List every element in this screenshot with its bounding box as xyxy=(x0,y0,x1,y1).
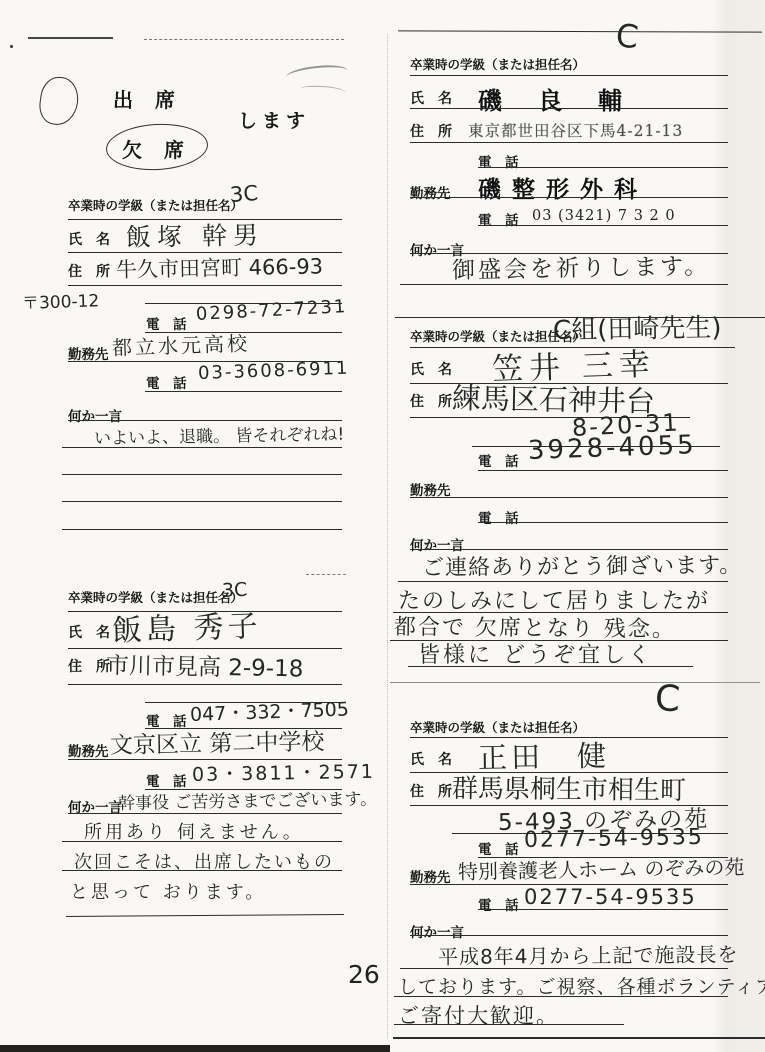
pen-smudge-icon xyxy=(300,84,347,97)
form3-address-label: 住 所 xyxy=(410,121,452,141)
form4-name-label: 氏 名 xyxy=(410,359,452,379)
form1-phone2-value: 03-3608-6911 xyxy=(198,358,350,384)
form5-comment-line: しております。ご視察、各種ボランティア xyxy=(398,972,765,999)
form5-bottom-border xyxy=(393,1037,765,1039)
form4-phone2-label: 電 話 xyxy=(478,507,519,527)
ink-dot xyxy=(10,45,13,48)
form3-phone2-value: 03 (3421) 7 3 2 0 xyxy=(532,208,676,224)
form4-address-label: 住 所 xyxy=(410,391,452,411)
form3-class-value: C xyxy=(614,16,640,56)
form2-workplace-label: 勤務先 xyxy=(68,740,109,760)
form4-phone1-label: 電 話 xyxy=(478,450,519,470)
form4-comment-line: ご連絡ありがとう御ざいます。 xyxy=(422,548,743,582)
form2-address-value: 市川市見高 2-9-18 xyxy=(106,647,304,683)
form4-comment-line: 皆様に どうぞ宜しく xyxy=(418,638,653,669)
form2-phone1-value: 047・332・7505 xyxy=(190,694,350,727)
form1-name-label: 氏 名 xyxy=(68,229,110,249)
form3-workplace-value: 磯整形外科 xyxy=(478,171,648,204)
form4-workplace-label: 勤務先 xyxy=(410,479,451,499)
form1-workplace-label: 勤務先 xyxy=(68,343,109,363)
hand-drawn-oval xyxy=(37,75,81,128)
form1-phone1-value: 0298-72-7231 xyxy=(195,296,347,325)
form2-class-value: 3C xyxy=(221,579,247,602)
form2-workplace-value: 文京区立 第二中学校 xyxy=(110,723,325,760)
form1-class-label: 卒業時の学級（または担任名） xyxy=(68,196,243,214)
attend-label: 出席 xyxy=(113,84,197,113)
form2-name-label: 氏 名 xyxy=(68,622,110,642)
form1-class-value: 3C xyxy=(229,181,259,207)
form3-workplace-label: 勤務先 xyxy=(410,182,451,202)
form5-phone2-value: 0277-54-9535 xyxy=(524,885,697,909)
form2-phone2-value: 03・3811・2571 xyxy=(192,757,375,787)
form3-phone1-label: 電 話 xyxy=(478,151,519,171)
scanned-reply-form-page: 出席 します 欠席 卒業時の学級（または担任名） 3C 氏 名 飯塚 幹男 住 … xyxy=(0,0,765,1052)
form1-address-value: 牛久市田宮町 466-93 xyxy=(116,250,324,284)
form5-phone2-label: 電 話 xyxy=(478,894,519,914)
form3-name-value: 磯 良 輔 xyxy=(478,81,628,116)
scan-edge-strip xyxy=(0,1045,390,1052)
form5-class-value: C xyxy=(654,678,681,720)
form3-comment-line: 御盛会を祈りします。 xyxy=(452,247,711,285)
form5-name-label: 氏 名 xyxy=(410,749,452,769)
form1-comment-line: いよいよ、退職。 皆それぞれね! xyxy=(94,420,345,449)
form5-workplace-label: 勤務先 xyxy=(410,866,451,886)
form5-workplace-value: 特別養護老人ホーム のぞみの苑 xyxy=(458,851,745,885)
absent-selection-circle xyxy=(105,121,209,172)
pen-smudge-icon xyxy=(285,63,348,85)
form4-bottom-border xyxy=(390,682,760,683)
form2-comment-line: と思って おります。 xyxy=(70,878,266,904)
form5-class-label: 卒業時の学級（または担任名） xyxy=(410,718,585,736)
form4-phone1-value: 3928-4055 xyxy=(527,430,697,466)
torn-edge-mark xyxy=(28,37,113,39)
form1-postal-value: 〒300-12 xyxy=(22,286,100,314)
form5-address-label: 住 所 xyxy=(410,781,452,801)
form2-comment-line: 幹事役 ご苦労さまでございます。 xyxy=(118,784,377,814)
form5-comment-label: 何か一言 xyxy=(410,921,464,941)
form2-address-label: 住 所 xyxy=(68,656,110,676)
form1-phone2-label: 電 話 xyxy=(146,372,187,392)
form3-phone2-label: 電 話 xyxy=(478,209,519,229)
form1-address-label: 住 所 xyxy=(68,261,110,281)
form5-comment-line: ご寄付大歓迎。 xyxy=(398,1000,559,1030)
form5-comment-line: 平成8年4月から上記で施設長を xyxy=(438,938,739,970)
fold-line xyxy=(387,34,388,1039)
form3-name-label: 氏 名 xyxy=(410,88,452,108)
page-number: 26 xyxy=(348,960,380,989)
form3-address-value: 東京都世田谷区下馬4-21-13 xyxy=(468,119,683,141)
form2-name-value: 飯島 秀子 xyxy=(111,601,262,650)
dotted-edge-mark xyxy=(306,574,346,575)
form3-class-label: 卒業時の学級（または担任名） xyxy=(410,55,585,73)
attend-suffix-label: します xyxy=(238,106,310,133)
dotted-edge-mark xyxy=(144,39,344,40)
form5-phone1-value: 0277-54-9535 xyxy=(524,825,704,853)
form1-name-value: 飯塚 幹男 xyxy=(126,216,265,254)
form1-workplace-value: 都立水元高校 xyxy=(111,327,250,361)
form3-top-border xyxy=(398,30,762,32)
form1-comment-label: 何か一言 xyxy=(68,405,122,425)
